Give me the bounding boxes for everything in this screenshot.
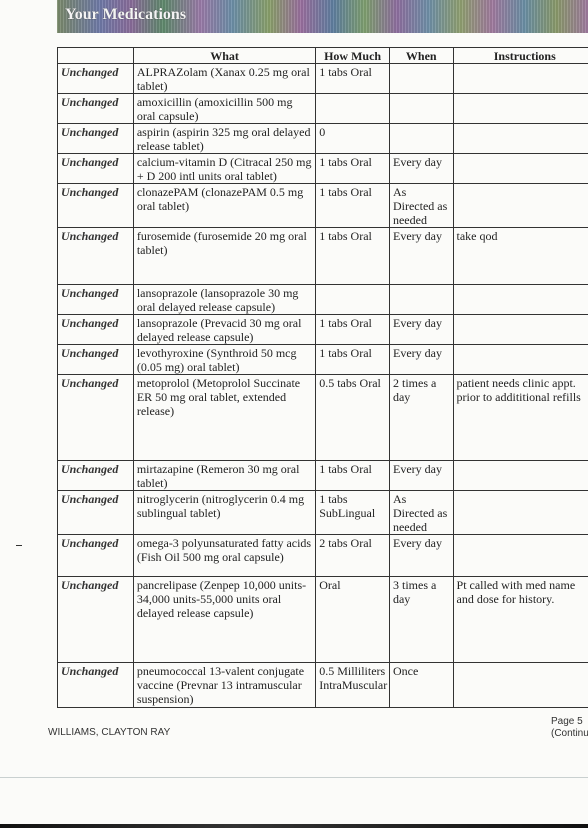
scan-edge xyxy=(0,824,588,828)
dose-cell: 1 tabs Oral xyxy=(316,64,390,94)
medication-name-cell: mirtazapine (Remeron 30 mg oral tablet) xyxy=(133,461,315,491)
dose-cell: 0 xyxy=(316,124,390,154)
table-row: Unchangedcalcium-vitamin D (Citracal 250… xyxy=(58,154,588,184)
table-header-row: What How Much When Instructions xyxy=(58,48,588,64)
frequency-cell: Every day xyxy=(389,154,453,184)
page-divider xyxy=(0,777,588,778)
header-instructions: Instructions xyxy=(453,48,588,64)
medication-name-cell: furosemide (furosemide 20 mg oral tablet… xyxy=(133,228,315,285)
table-row: Unchangedpancrelipase (Zenpep 10,000 uni… xyxy=(58,577,588,663)
status-cell: Unchanged xyxy=(58,228,134,285)
instructions-cell xyxy=(453,184,588,228)
instructions-cell xyxy=(453,663,588,708)
medication-name-cell: aspirin (aspirin 325 mg oral delayed rel… xyxy=(133,124,315,154)
medication-name-cell: clonazePAM (clonazePAM 0.5 mg oral table… xyxy=(133,184,315,228)
dose-cell xyxy=(316,94,390,124)
dose-cell: 1 tabs Oral xyxy=(316,315,390,345)
frequency-cell xyxy=(389,124,453,154)
frequency-cell xyxy=(389,285,453,315)
table-row: Unchangedaspirin (aspirin 325 mg oral de… xyxy=(58,124,588,154)
frequency-cell: 2 times a day xyxy=(389,375,453,461)
status-cell: Unchanged xyxy=(58,154,134,184)
status-cell: Unchanged xyxy=(58,285,134,315)
frequency-cell: Every day xyxy=(389,461,453,491)
section-banner: Your Medications xyxy=(57,0,588,33)
header-when: When xyxy=(389,48,453,64)
instructions-cell xyxy=(453,315,588,345)
dose-cell: 0.5 tabs Oral xyxy=(316,375,390,461)
status-cell: Unchanged xyxy=(58,577,134,663)
header-what: What xyxy=(133,48,315,64)
status-cell: Unchanged xyxy=(58,663,134,708)
medications-body: UnchangedALPRAZolam (Xanax 0.25 mg oral … xyxy=(58,64,588,708)
instructions-cell xyxy=(453,285,588,315)
frequency-cell xyxy=(389,64,453,94)
table-row: Unchangednitroglycerin (nitroglycerin 0.… xyxy=(58,491,588,535)
dose-cell xyxy=(316,285,390,315)
instructions-cell xyxy=(453,124,588,154)
instructions-cell xyxy=(453,461,588,491)
frequency-cell: 3 times a day xyxy=(389,577,453,663)
table-row: Unchangedlansoprazole (Prevacid 30 mg or… xyxy=(58,315,588,345)
header-status xyxy=(58,48,134,64)
section-title: Your Medications xyxy=(65,6,186,24)
status-cell: Unchanged xyxy=(58,94,134,124)
dose-cell: 1 tabs Oral xyxy=(316,461,390,491)
page-indicator: Page 5 (Continu xyxy=(551,716,588,740)
margin-mark xyxy=(16,545,22,546)
status-cell: Unchanged xyxy=(58,535,134,577)
status-cell: Unchanged xyxy=(58,375,134,461)
status-cell: Unchanged xyxy=(58,184,134,228)
table-row: UnchangedclonazePAM (clonazePAM 0.5 mg o… xyxy=(58,184,588,228)
status-cell: Unchanged xyxy=(58,345,134,375)
dose-cell: 1 tabs Oral xyxy=(316,154,390,184)
instructions-cell xyxy=(453,491,588,535)
medication-name-cell: ALPRAZolam (Xanax 0.25 mg oral tablet) xyxy=(133,64,315,94)
dose-cell: 0.5 Milliliters IntraMuscular xyxy=(316,663,390,708)
medication-name-cell: pneumococcal 13-valent conjugate vaccine… xyxy=(133,663,315,708)
instructions-cell xyxy=(453,64,588,94)
table-row: Unchangedlansoprazole (lansoprazole 30 m… xyxy=(58,285,588,315)
instructions-cell: Pt called with med name and dose for his… xyxy=(453,577,588,663)
frequency-cell: Every day xyxy=(389,345,453,375)
frequency-cell: Every day xyxy=(389,535,453,577)
medication-name-cell: lansoprazole (lansoprazole 30 mg oral de… xyxy=(133,285,315,315)
table-row: Unchangedlevothyroxine (Synthroid 50 mcg… xyxy=(58,345,588,375)
instructions-cell xyxy=(453,94,588,124)
dose-cell: Oral xyxy=(316,577,390,663)
instructions-cell: patient needs clinic appt. prior to addi… xyxy=(453,375,588,461)
frequency-cell xyxy=(389,94,453,124)
frequency-cell: Every day xyxy=(389,315,453,345)
dose-cell: 2 tabs Oral xyxy=(316,535,390,577)
status-cell: Unchanged xyxy=(58,461,134,491)
patient-name: WILLIAMS, CLAYTON RAY xyxy=(48,727,170,738)
status-cell: Unchanged xyxy=(58,64,134,94)
table-row: Unchangedpneumococcal 13-valent conjugat… xyxy=(58,663,588,708)
continued-label: (Continu xyxy=(551,728,588,740)
medication-name-cell: levothyroxine (Synthroid 50 mcg (0.05 mg… xyxy=(133,345,315,375)
medication-name-cell: calcium-vitamin D (Citracal 250 mg + D 2… xyxy=(133,154,315,184)
table-row: Unchangedomega-3 polyunsaturated fatty a… xyxy=(58,535,588,577)
table-row: Unchangedfurosemide (furosemide 20 mg or… xyxy=(58,228,588,285)
medication-name-cell: nitroglycerin (nitroglycerin 0.4 mg subl… xyxy=(133,491,315,535)
instructions-cell: take qod xyxy=(453,228,588,285)
medication-name-cell: amoxicillin (amoxicillin 500 mg oral cap… xyxy=(133,94,315,124)
medication-name-cell: lansoprazole (Prevacid 30 mg oral delaye… xyxy=(133,315,315,345)
medication-name-cell: metoprolol (Metoprolol Succinate ER 50 m… xyxy=(133,375,315,461)
dose-cell: 1 tabs Oral xyxy=(316,184,390,228)
medications-table: What How Much When Instructions Unchange… xyxy=(57,47,588,708)
frequency-cell: As Directed as needed xyxy=(389,491,453,535)
status-cell: Unchanged xyxy=(58,315,134,345)
frequency-cell: As Directed as needed xyxy=(389,184,453,228)
dose-cell: 1 tabs SubLingual xyxy=(316,491,390,535)
frequency-cell: Every day xyxy=(389,228,453,285)
dose-cell: 1 tabs Oral xyxy=(316,228,390,285)
instructions-cell xyxy=(453,345,588,375)
instructions-cell xyxy=(453,154,588,184)
medication-name-cell: omega-3 polyunsaturated fatty acids (Fis… xyxy=(133,535,315,577)
status-cell: Unchanged xyxy=(58,491,134,535)
table-row: Unchangedmirtazapine (Remeron 30 mg oral… xyxy=(58,461,588,491)
header-how-much: How Much xyxy=(316,48,390,64)
status-cell: Unchanged xyxy=(58,124,134,154)
table-row: Unchangedmetoprolol (Metoprolol Succinat… xyxy=(58,375,588,461)
frequency-cell: Once xyxy=(389,663,453,708)
instructions-cell xyxy=(453,535,588,577)
page-number: Page 5 xyxy=(551,716,588,728)
dose-cell: 1 tabs Oral xyxy=(316,345,390,375)
medication-name-cell: pancrelipase (Zenpep 10,000 units-34,000… xyxy=(133,577,315,663)
table-row: UnchangedALPRAZolam (Xanax 0.25 mg oral … xyxy=(58,64,588,94)
table-row: Unchangedamoxicillin (amoxicillin 500 mg… xyxy=(58,94,588,124)
